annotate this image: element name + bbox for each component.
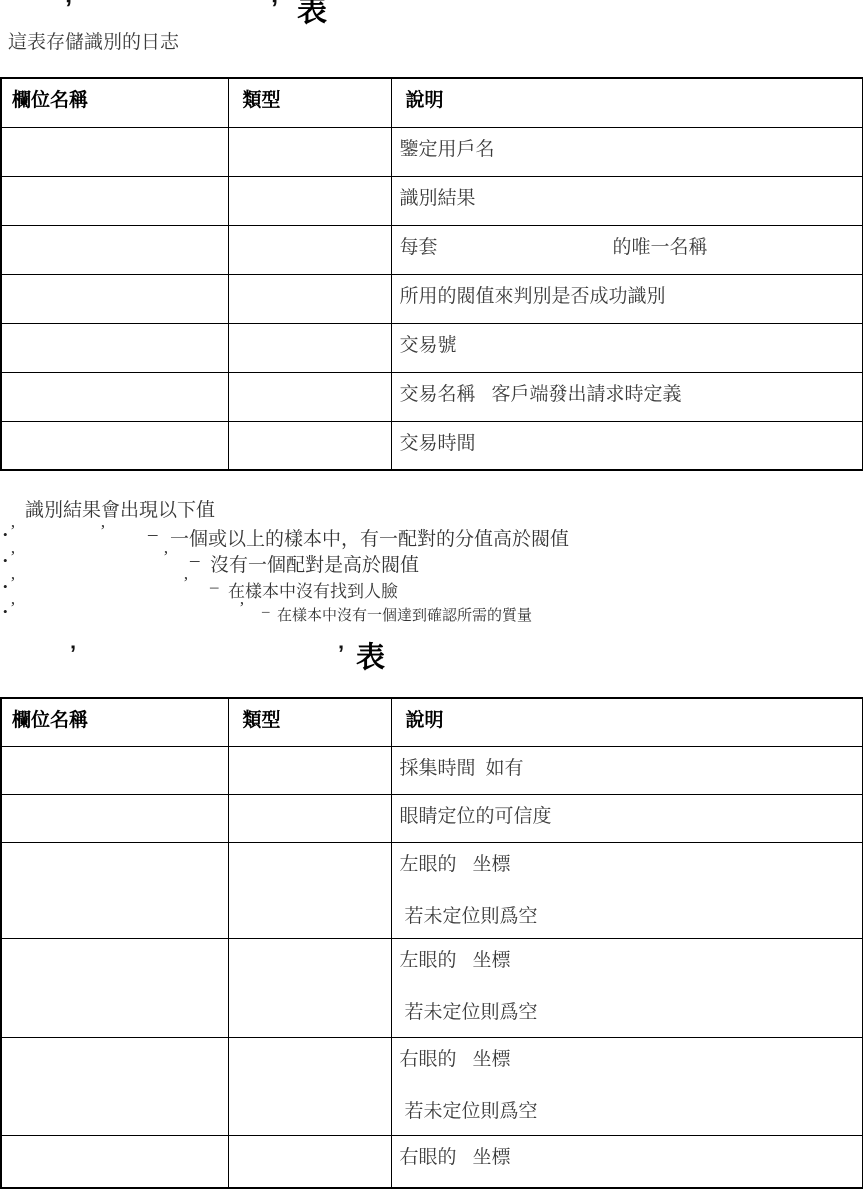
document-page: { "title1": {"open_quote": "\u2019", "cl… [0, 0, 863, 1190]
bullet-marker: • [3, 579, 8, 595]
bullet-marker: • [3, 553, 8, 569]
cell-description: 交易名稱客戶端發出請求時定義 [391, 372, 863, 421]
description-text: 右眼的 [400, 1147, 457, 1168]
table-row: 左眼的坐標 若未定位則爲空 [1, 842, 863, 938]
cell-type [228, 794, 391, 842]
description-text: 坐標 [473, 1049, 511, 1070]
table-row: 交易名稱客戶端發出請求時定義 [1, 372, 863, 421]
cell-field-name [1, 176, 228, 225]
cell-type [228, 1037, 391, 1135]
description-text: 眼睛定位的可信度 [400, 806, 552, 827]
description-line1: 左眼的坐標 [400, 849, 855, 876]
description-text: 左眼的 [400, 950, 457, 971]
cell-type [228, 842, 391, 938]
table-row: 每套的唯一名稱 [1, 225, 863, 274]
cell-field-name [1, 372, 228, 421]
header-cell-description: 說明 [391, 698, 863, 746]
close-quote: ’ [100, 521, 106, 541]
cell-description: 鑒定用戶名 [391, 127, 863, 176]
cell-type [228, 421, 391, 470]
open-quote: ’ [10, 598, 16, 618]
table-row: 所用的閥值來判別是否成功識別 [1, 274, 863, 323]
description-text: 客戶端發出請求時定義 [492, 384, 682, 405]
cell-description: 左眼的坐標 若未定位則爲空 [391, 938, 863, 1037]
table-row: 識別結果 [1, 176, 863, 225]
bullet-text: 沒有一個配對是高於閥值 [210, 550, 419, 577]
table-row: 交易號 [1, 323, 863, 372]
title1-table-suffix: 表 [297, 0, 327, 27]
close-quote: ’ [239, 598, 245, 618]
description-text: 坐標 [473, 1147, 511, 1168]
table-row: 採集時間如有 [1, 746, 863, 794]
result-values-heading: 識別結果會出現以下值 [25, 495, 215, 522]
cell-field-name [1, 842, 228, 938]
close-quote: ’ [183, 573, 189, 593]
cell-description: 右眼的坐標 [391, 1135, 863, 1188]
table-header-row: 欄位名稱 類型 說明 [1, 698, 863, 746]
cell-type [228, 176, 391, 225]
title1-open-quote: ’ [65, 0, 72, 24]
cell-type [228, 938, 391, 1037]
cell-description: 左眼的坐標 若未定位則爲空 [391, 842, 863, 938]
table-row: 鑒定用戶名 [1, 127, 863, 176]
description-line2: 若未定位則爲空 [400, 997, 855, 1024]
cell-type [228, 1135, 391, 1188]
cell-description: 右眼的坐標 若未定位則爲空 [391, 1037, 863, 1135]
bullet-item: • ’ ’ – 一個或以上的樣本中，有一配對的分值高於閥值 [0, 524, 863, 548]
bullet-text: 一個或以上的樣本中，有一配對的分值高於閥值 [170, 524, 569, 551]
cell-field-name [1, 794, 228, 842]
title2-open-quote: ’ [70, 641, 76, 667]
cell-description: 採集時間如有 [391, 746, 863, 794]
description-text: 每套 [400, 237, 438, 258]
description-text: 的唯一名稱 [613, 237, 708, 258]
description-text: 採集時間 [400, 758, 476, 779]
description-text: 所用的閥值來判別是否成功識別 [400, 286, 666, 307]
bullet-marker: • [3, 527, 8, 543]
description-line1: 右眼的坐標 [400, 1044, 855, 1071]
description-text: 交易名稱 [400, 384, 476, 405]
cell-description: 交易時間 [391, 421, 863, 470]
close-quote: ’ [163, 547, 169, 567]
bullet-item: • ’ ’ – 在樣本中沒有找到人臉 [0, 576, 863, 600]
dash: – [148, 524, 158, 546]
open-quote: ’ [10, 547, 16, 567]
title2-table-suffix: 表 [356, 643, 385, 673]
cell-field-name [1, 746, 228, 794]
cell-type [228, 323, 391, 372]
title2-close-quote: ’ [338, 641, 344, 667]
cell-field-name [1, 274, 228, 323]
description-text: 如有 [486, 758, 524, 779]
cell-field-name [1, 127, 228, 176]
table-row: 左眼的坐標 若未定位則爲空 [1, 938, 863, 1037]
title1-close-quote: ’ [271, 0, 278, 24]
table-row: 眼睛定位的可信度 [1, 794, 863, 842]
bullet-text: 在樣本中沒有找到人臉 [228, 577, 398, 602]
cell-description: 識別結果 [391, 176, 863, 225]
fields-table-identification-log: 欄位名稱 類型 說明 鑒定用戶名 識別結果 每套的唯一名稱 所用的閥值來判別是否… [0, 77, 863, 471]
cell-type [228, 274, 391, 323]
header-cell-type: 類型 [228, 698, 391, 746]
cell-description: 眼睛定位的可信度 [391, 794, 863, 842]
description-line1: 左眼的坐標 [400, 945, 855, 972]
description-text: 坐標 [473, 950, 511, 971]
description-line2: 若未定位則爲空 [400, 1096, 855, 1123]
header-cell-type: 類型 [228, 78, 391, 127]
dash: – [190, 550, 200, 572]
header-cell-field-name: 欄位名稱 [1, 78, 228, 127]
description-line2: 若未定位則爲空 [400, 901, 855, 928]
bullet-marker: • [3, 604, 8, 620]
table-row: 交易時間 [1, 421, 863, 470]
description-text: 坐標 [473, 854, 511, 875]
cell-type [228, 372, 391, 421]
cell-field-name [1, 421, 228, 470]
cell-description: 所用的閥值來判別是否成功識別 [391, 274, 863, 323]
description-text: 交易時間 [400, 433, 476, 454]
bullet-item: • ’ ’ – 沒有一個配對是高於閥值 [0, 550, 863, 574]
description-text: 右眼的 [400, 1049, 457, 1070]
bullet-item: • ’ ’ – 在樣本中沒有一個達到確認所需的質量 [0, 601, 863, 625]
cell-type [228, 746, 391, 794]
header-cell-field-name: 欄位名稱 [1, 698, 228, 746]
cell-field-name [1, 1135, 228, 1188]
table-header-row: 欄位名稱 類型 說明 [1, 78, 863, 127]
doc-subtitle: 這表存儲識別的日志 [8, 27, 179, 54]
header-cell-description: 說明 [391, 78, 863, 127]
table-row: 右眼的坐標 若未定位則爲空 [1, 1037, 863, 1135]
cell-field-name [1, 938, 228, 1037]
description-text: 鑒定用戶名 [400, 139, 495, 160]
dash: – [210, 577, 219, 597]
description-text: 交易號 [400, 335, 457, 356]
description-text: 識別結果 [400, 188, 476, 209]
open-quote: ’ [10, 573, 16, 593]
cell-field-name [1, 323, 228, 372]
cell-field-name [1, 1037, 228, 1135]
bullet-text: 在樣本中沒有一個達到確認所需的質量 [277, 604, 532, 625]
cell-type [228, 127, 391, 176]
cell-type [228, 225, 391, 274]
cell-description: 交易號 [391, 323, 863, 372]
open-quote: ’ [10, 521, 16, 541]
table-row: 右眼的坐標 [1, 1135, 863, 1188]
cell-description: 每套的唯一名稱 [391, 225, 863, 274]
cell-field-name [1, 225, 228, 274]
dash: – [262, 604, 270, 621]
description-text: 左眼的 [400, 854, 457, 875]
fields-table-eye-location: 欄位名稱 類型 說明 採集時間如有 眼睛定位的可信度 左眼的坐標 若未定位則爲空… [0, 697, 863, 1189]
